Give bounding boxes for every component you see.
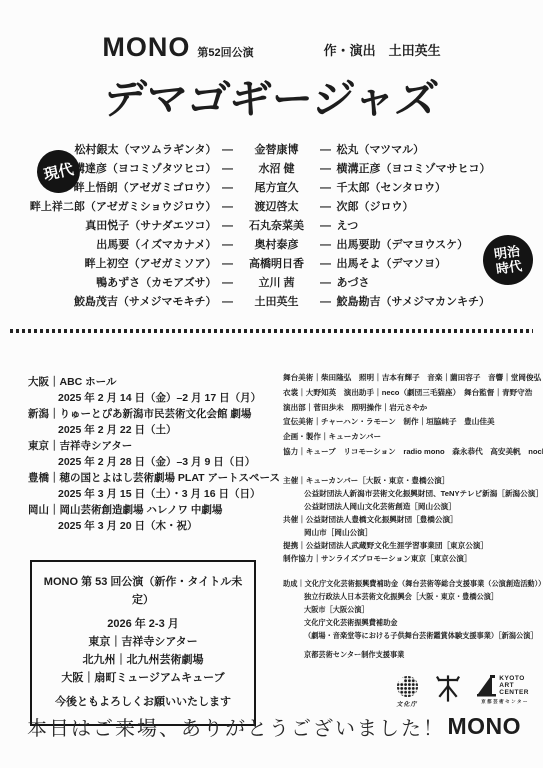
production-line: 制作協力｜サンライズプロモーション東京［東京公演］ <box>283 552 537 565</box>
schedule-city: 大阪 <box>28 376 49 388</box>
company-wordmark: MONO <box>102 32 190 63</box>
cast-row: 畔上悟朗（アゼガミゴロウ） — 尾方宣久 — 千太郎（センタロウ） <box>0 179 543 198</box>
cast-role-modern: 鮫島茂吉（サメジマモキチ） <box>11 293 217 309</box>
bunkacho-label: 文化庁 <box>396 699 419 708</box>
cast-row: 鴨あずさ（カモアズサ） — 立川 茜 — あづさ <box>0 274 543 293</box>
staff-line: 企画・製作｜キューカンバー <box>283 430 537 445</box>
cast-role-meiji: 横溝正彦（ヨコミゾマサヒコ） <box>337 160 533 176</box>
staff-credits: 舞台美術｜柴田隆弘 照明｜吉本有輝子 音楽｜薗田容子 音響｜堂岡俊弘 衣裳｜大野… <box>283 371 537 460</box>
schedule-dates: 2025 年 2 月 22 日（土） <box>28 422 280 438</box>
dash-separator: — <box>217 277 239 289</box>
dash-separator: — <box>315 239 337 251</box>
footer: 本日はご来場、ありがとうございました！ MONO <box>27 712 521 741</box>
cast-actor: 金替康博 <box>239 141 315 157</box>
era-badge-modern-label: 現代 <box>42 158 76 185</box>
osaka-city-mark <box>436 675 460 702</box>
dash-separator: — <box>315 220 337 232</box>
cast-role-meiji: 千太郎（センタロウ） <box>337 179 533 195</box>
dash-separator: — <box>315 144 337 156</box>
kyoto-label-line3: CENTER <box>499 689 529 696</box>
dash-separator: — <box>217 296 239 308</box>
schedule-venue: りゅーとぴあ新潟市民芸術文化会館 劇場 <box>60 408 252 420</box>
schedule-column: 大阪｜ABC ホール 2025 年 2 月 14 日（金）–2 月 17 日（月… <box>28 374 280 726</box>
grant-line: 文化庁文化芸術振興費補助金 <box>283 616 537 629</box>
cast-row: 横溝達彦（ヨコミゾタツヒコ） — 水沼 健 — 横溝正彦（ヨコミゾマサヒコ） <box>0 160 543 179</box>
grant-line: 独立行政法人日本芸術文化振興会［大阪・東京・豊橋公演］ <box>283 590 537 603</box>
dash-separator: — <box>315 163 337 175</box>
schedule-entry: 豊橋｜穂の国とよはし芸術劇場 PLAT アートスペース 2025 年 3 月 1… <box>28 470 280 502</box>
production-line: 主催｜キューカンバー［大阪・東京・豊橋公演］ <box>283 474 537 487</box>
dash-separator: — <box>315 296 337 308</box>
schedule-entry: 新潟｜りゅーとぴあ新潟市民芸術文化会館 劇場 2025 年 2 月 22 日（土… <box>28 406 280 438</box>
staff-line: 舞台美術｜柴田隆弘 照明｜吉本有輝子 音楽｜薗田容子 音響｜堂岡俊弘 <box>283 371 537 386</box>
miotsukushi-icon <box>436 675 460 702</box>
kyoto-label-line1: KYOTO <box>499 675 529 682</box>
kyoto-label-japanese: 京都芸術センター <box>481 699 529 705</box>
schedule-entry: 岡山｜岡山芸術創造劇場 ハレノワ 中劇場 2025 年 3 月 20 日（木・祝… <box>28 502 280 534</box>
cast-row: 畔上初空（アゼガミソア） — 高橋明日香 — 出馬そよ（デマソヨ） <box>0 255 543 274</box>
bar-separator: ｜ <box>49 504 60 516</box>
bar-separator: ｜ <box>49 472 60 484</box>
kyoto-art-center-logo: KYOTO ART CENTER 京都芸術センター <box>477 675 529 705</box>
staff-line: 演出部｜菅田歩未 照明操作｜岩元さやか <box>283 401 537 416</box>
production-line: 岡山市［岡山公演］ <box>283 526 537 539</box>
dash-separator: — <box>217 144 239 156</box>
production-line: 共催｜公益財団法人豊橋文化振興財団［豊橋公演］ <box>283 513 537 526</box>
next-performance-box: MONO 第 53 回公演（新作・タイトル未定） 2026 年 2-3 月 東京… <box>30 560 256 726</box>
dash-separator: — <box>315 201 337 213</box>
cast-row: 真田悦子（サナダエツコ） — 石丸奈菜美 — えつ <box>0 217 543 236</box>
schedule-entry: 大阪｜ABC ホール 2025 年 2 月 14 日（金）–2 月 17 日（月… <box>28 374 280 406</box>
performance-number: 第52回公演 <box>197 44 253 60</box>
header: MONO 第52回公演 作・演出 土田英生 デマゴギージャズ <box>0 32 543 125</box>
cast-row: 松村銀太（マツムラギンタ） — 金替康博 — 松丸（マツマル） <box>0 141 543 160</box>
next-performance-venue: 東京｜吉祥寺シアター <box>36 633 250 651</box>
dash-separator: — <box>217 201 239 213</box>
schedule-city: 豊橋 <box>28 472 49 484</box>
schedule-city: 新潟 <box>28 408 49 420</box>
cast-actor: 石丸奈菜美 <box>239 217 315 233</box>
cast-actor: 土田英生 <box>239 293 315 309</box>
grant-credits: 助成｜文化庁文化芸術振興費補助金（舞台芸術等総合支援事業（公演創造活動）） 独立… <box>283 577 537 661</box>
sponsor-logos: 文化庁 <box>283 675 537 708</box>
next-performance-venue: 大阪｜扇町ミュージアムキューブ <box>36 669 250 687</box>
next-performance-venue: 北九州｜北九州芸術劇場 <box>36 651 250 669</box>
bar-separator: ｜ <box>49 376 60 388</box>
cast-actor: 水沼 健 <box>239 160 315 176</box>
credits-column: 舞台美術｜柴田隆弘 照明｜吉本有輝子 音楽｜薗田容子 音響｜堂岡俊弘 衣裳｜大野… <box>283 371 537 708</box>
cast-row: 鮫島茂吉（サメジマモキチ） — 土田英生 — 鮫島勘吉（サメジマカンキチ） <box>0 293 543 312</box>
dash-separator: — <box>315 277 337 289</box>
schedule-venue: ABC ホール <box>60 376 117 388</box>
schedule-venue: 吉祥寺シアター <box>60 440 133 452</box>
dash-separator: — <box>315 182 337 194</box>
production-line: 公益財団法人岡山文化芸術創造［岡山公演］ <box>283 500 537 513</box>
grant-line: 大阪市［大阪公演］ <box>283 603 537 616</box>
schedule-venue: 穂の国とよはし芸術劇場 PLAT アートスペース <box>60 472 281 484</box>
production-line: 提携｜公益財団法人武蔵野文化生涯学習事業団［東京公演］ <box>283 539 537 552</box>
dotted-divider <box>10 329 533 333</box>
show-title-logo: デマゴギージャズ <box>0 66 543 125</box>
schedule-dates: 2025 年 2 月 14 日（金）–2 月 17 日（月） <box>28 390 280 406</box>
bar-separator: ｜ <box>49 440 60 452</box>
cast-row: 畔上祥二郎（アゼガミショウジロウ） — 渡辺啓太 — 次郎（ジロウ） <box>0 198 543 217</box>
cast-role-modern: 松村銀太（マツムラギンタ） <box>11 141 217 157</box>
production-line: 公益財団法人新潟市芸術文化振興財団、TeNYテレビ新潟［新潟公演］ <box>283 487 537 500</box>
grant-line: 京都芸術センター制作支援事業 <box>283 648 537 661</box>
cast-actor: 高橋明日香 <box>239 255 315 271</box>
dash-separator: — <box>217 258 239 270</box>
cast-role-meiji: 松丸（マツマル） <box>337 141 533 157</box>
cast-role-modern: 出馬要（イズマカナメ） <box>11 236 217 252</box>
cast-row: 出馬要（イズマカナメ） — 奥村泰彦 — 出馬要助（デマヨウスケ） <box>0 236 543 255</box>
cast-role-modern: 畔上祥二郎（アゼガミショウジロウ） <box>11 198 217 214</box>
staff-line: 協力｜キューブ リコモーション radio mono 森永恭代 高安美帆 noc… <box>283 445 537 460</box>
author-credit: 作・演出 土田英生 <box>324 40 441 63</box>
cast-list: 現代 明治 時代 松村銀太（マツムラギンタ） — 金替康博 — 松丸（マツマル）… <box>0 141 543 312</box>
schedule-dates: 2025 年 2 月 28 日（金）–3 月 9 日（日） <box>28 454 280 470</box>
cast-role-meiji: えつ <box>337 217 533 233</box>
next-performance-period: 2026 年 2-3 月 <box>36 615 250 633</box>
cast-actor: 奥村泰彦 <box>239 236 315 252</box>
bunkacho-dots-icon <box>396 675 419 698</box>
cast-actor: 渡辺啓太 <box>239 198 315 214</box>
dash-separator: — <box>217 239 239 251</box>
thanks-message: 本日はご来場、ありがとうございました！ <box>27 712 445 741</box>
schedule-dates: 2025 年 3 月 15 日（土）・3 月 16 日（日） <box>28 486 280 502</box>
program-page: MONO 第52回公演 作・演出 土田英生 デマゴギージャズ 現代 明治 時代 … <box>0 0 543 768</box>
dash-separator: — <box>315 258 337 270</box>
staff-line: 衣裳｜大野知英 演出助手｜neco（劇団三毛猫座） 舞台監督｜青野守浩 <box>283 386 537 401</box>
schedule-entry: 東京｜吉祥寺シアター 2025 年 2 月 28 日（金）–3 月 9 日（日） <box>28 438 280 470</box>
kyoto-label-line2: ART <box>499 682 529 689</box>
footer-mono-wordmark: MONO <box>447 713 521 740</box>
schedule-city: 東京 <box>28 440 49 452</box>
next-performance-title: MONO 第 53 回公演（新作・タイトル未定） <box>36 573 250 609</box>
cast-role-modern: 畔上初空（アゼガミソア） <box>11 255 217 271</box>
cast-actor: 立川 茜 <box>239 274 315 290</box>
schedule-venue: 岡山芸術創造劇場 ハレノワ 中劇場 <box>60 504 223 516</box>
schedule-city: 岡山 <box>28 504 49 516</box>
dash-separator: — <box>217 163 239 175</box>
grant-line: （劇場・音楽堂等における子供舞台芸術鑑賞体験支援事業）［新潟公演］ <box>283 629 537 642</box>
next-performance-closing: 今後ともよろしくお願いいたします <box>36 693 250 711</box>
cast-role-meiji: 鮫島勘吉（サメジマカンキチ） <box>337 293 533 309</box>
cast-role-meiji: 次郎（ジロウ） <box>337 198 533 214</box>
era-badge-meiji-line2: 時代 <box>495 258 523 276</box>
production-credits: 主催｜キューカンバー［大阪・東京・豊橋公演］ 公益財団法人新潟市芸術文化振興財団… <box>283 474 537 565</box>
staff-line: 宣伝美術｜チャーハン・ラモーン 制作｜垣脇純子 豊山佳美 <box>283 415 537 430</box>
cast-role-modern: 鴨あずさ（カモアズサ） <box>11 274 217 290</box>
bar-separator: ｜ <box>49 408 60 420</box>
schedule-dates: 2025 年 3 月 20 日（木・祝） <box>28 518 280 534</box>
cast-actor: 尾方宣久 <box>239 179 315 195</box>
dash-separator: — <box>217 182 239 194</box>
grant-line: 助成｜文化庁文化芸術振興費補助金（舞台芸術等総合支援事業（公演創造活動）） <box>283 577 537 590</box>
kyoto-sail-icon <box>477 675 496 697</box>
cast-role-modern: 真田悦子（サナダエツコ） <box>11 217 217 233</box>
dash-separator: — <box>217 220 239 232</box>
bunkacho-logo: 文化庁 <box>396 675 419 708</box>
